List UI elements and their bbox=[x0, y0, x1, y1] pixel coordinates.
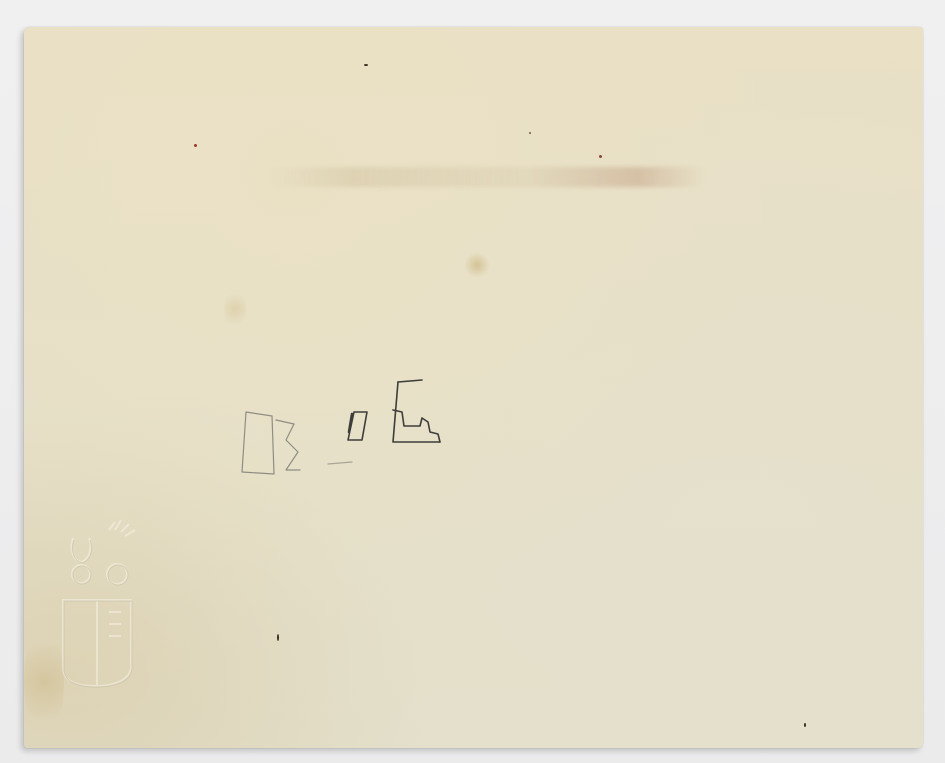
speck bbox=[599, 155, 602, 158]
foxing-stain-band bbox=[264, 167, 704, 187]
stain bbox=[464, 252, 490, 278]
speck bbox=[194, 144, 197, 147]
stain bbox=[224, 289, 246, 329]
speck bbox=[529, 132, 531, 134]
speck bbox=[277, 634, 279, 641]
paper-sheet bbox=[24, 27, 923, 748]
pencil-inscription: pencil marks (collector's notation) bbox=[230, 370, 450, 494]
embossed-blind-stamp: embossed armorial blind stamp (two helme… bbox=[55, 518, 145, 692]
coat-of-arms-icon bbox=[55, 518, 145, 688]
speck bbox=[364, 64, 368, 66]
speck bbox=[804, 723, 806, 727]
pencil-glyphs-icon bbox=[230, 370, 450, 490]
